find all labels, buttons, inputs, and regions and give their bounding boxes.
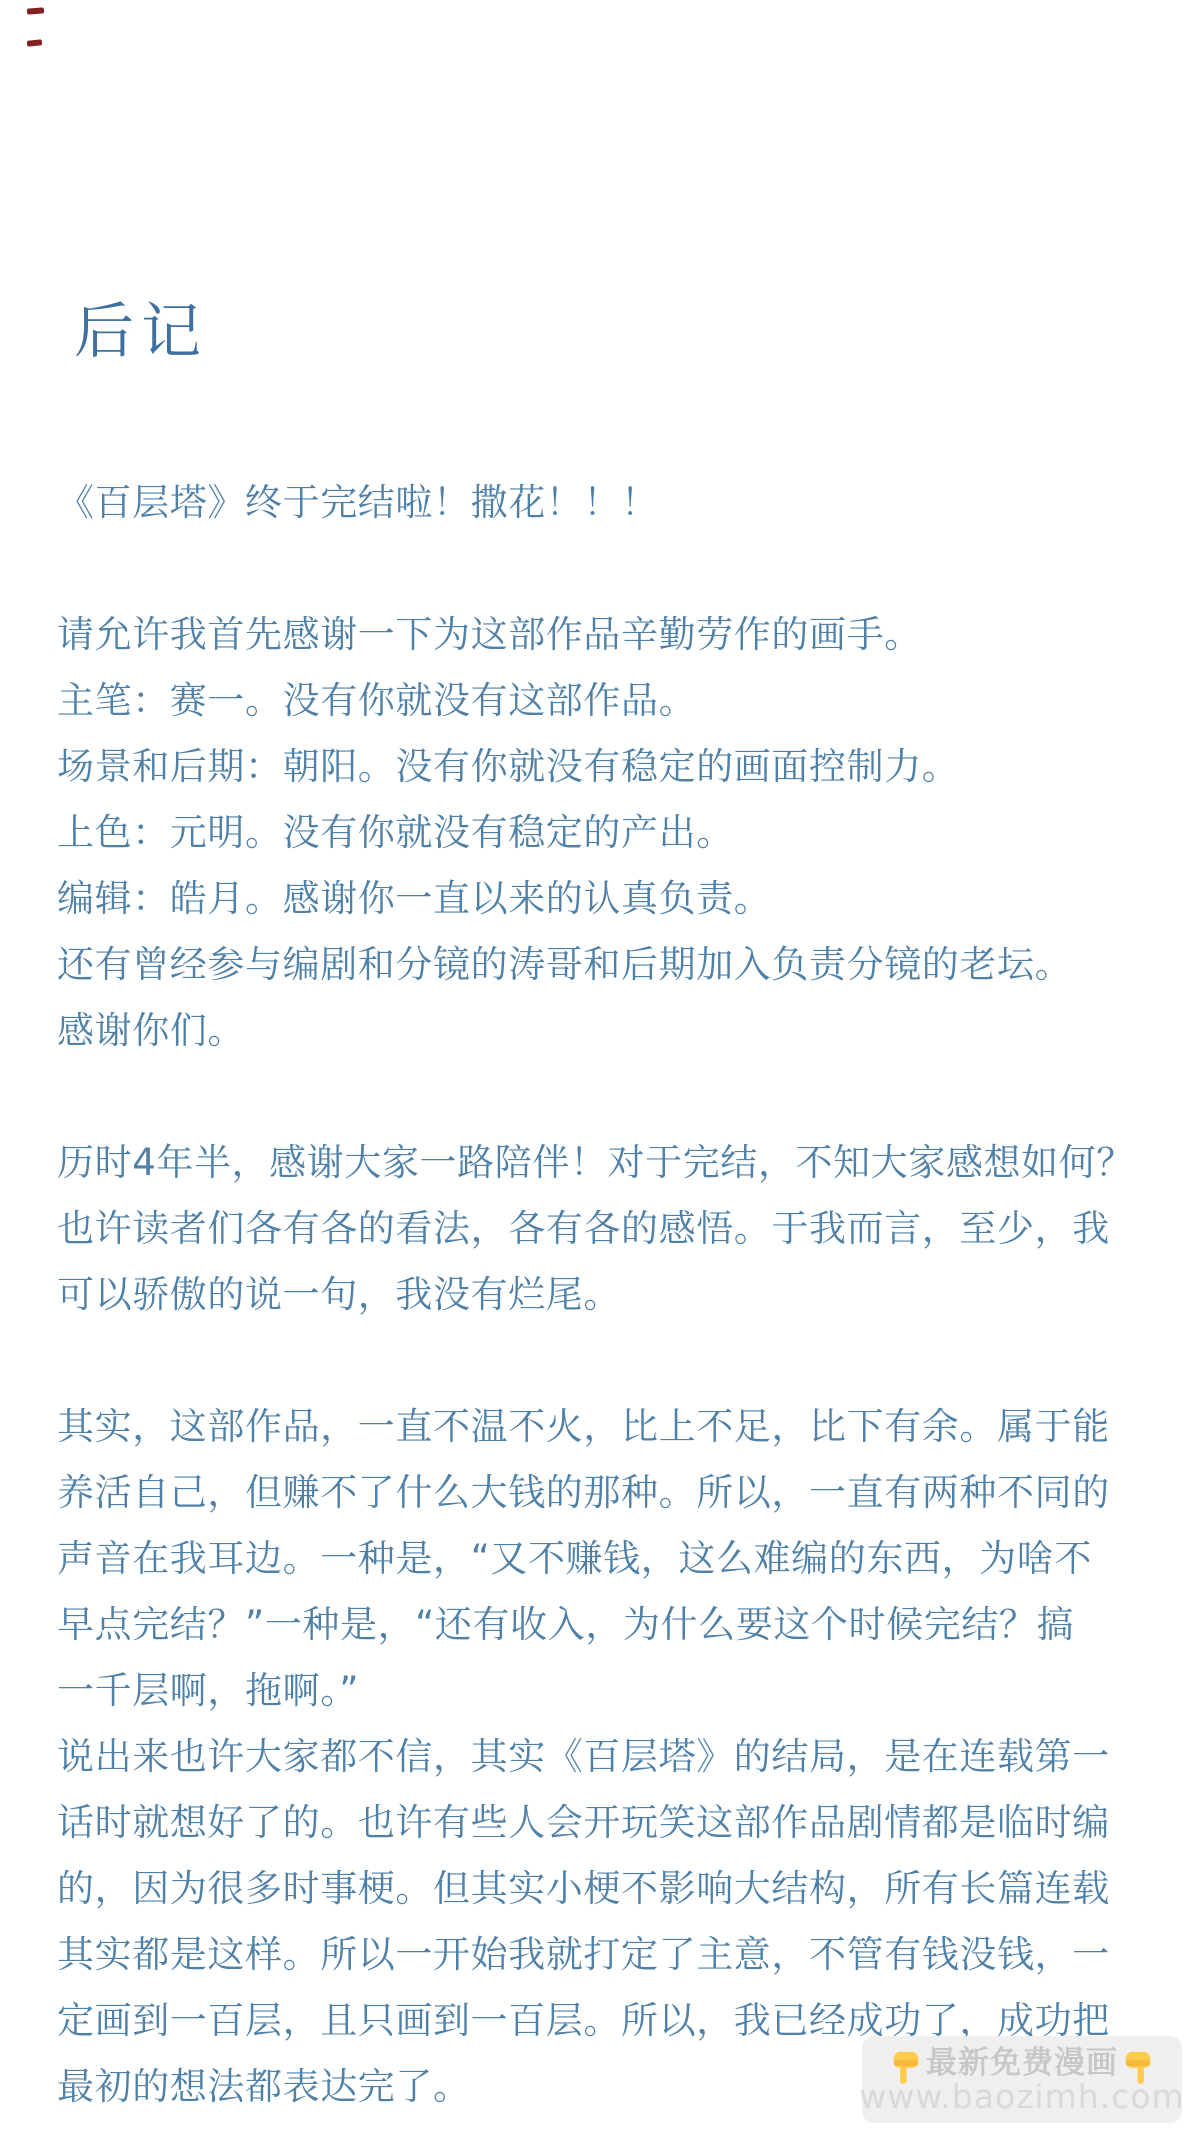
- afterword-text: 《百层塔》终于完结啦！撒花！！！ 请允许我首先感谢一下为这部作品辛勤劳作的画手。…: [57, 470, 1157, 2120]
- paragraph: 请允许我首先感谢一下为这部作品辛勤劳作的画手。 主笔：赛一。没有你就没有这部作品…: [57, 602, 1157, 1064]
- text-line: 其实，这部作品，一直不温不火，比上不足，比下有余。属于能: [57, 1394, 1157, 1460]
- paragraph: 《百层塔》终于完结啦！撒花！！！: [57, 470, 1157, 536]
- text-line: 说出来也许大家都不信，其实《百层塔》的结局，是在连载第一: [57, 1724, 1157, 1790]
- page-title: 后记: [74, 300, 208, 364]
- text-line: 主笔：赛一。没有你就没有这部作品。: [57, 668, 1157, 734]
- text-line: 上色：元明。没有你就没有稳定的产出。: [57, 800, 1157, 866]
- text-line: 其实都是这样。所以一开始我就打定了主意，不管有钱没钱，一: [57, 1922, 1157, 1988]
- text-line: 请允许我首先感谢一下为这部作品辛勤劳作的画手。: [57, 602, 1157, 668]
- text-line: 养活自己，但赚不了什么大钱的那种。所以，一直有两种不同的: [57, 1460, 1157, 1526]
- pointing-down-hand-icon: [889, 2049, 923, 2085]
- watermark-banner[interactable]: 最新免费漫画 www.baozimh.com: [862, 2036, 1182, 2123]
- text-line: 感谢你们。: [57, 998, 1157, 1064]
- text-line: 场景和后期：朝阳。没有你就没有稳定的画面控制力。: [57, 734, 1157, 800]
- text-line: 一千层啊，拖啊。”: [57, 1658, 1157, 1724]
- pointing-down-hand-icon: [1121, 2049, 1155, 2085]
- text-line: 编辑：皓月。感谢你一直以来的认真负责。: [57, 866, 1157, 932]
- red-corner-mark: [27, 7, 44, 14]
- text-line: 还有曾经参与编剧和分镜的涛哥和后期加入负责分镜的老坛。: [57, 932, 1157, 998]
- watermark-text: 最新免费漫画: [926, 2046, 1118, 2080]
- text-line: 的，因为很多时事梗。但其实小梗不影响大结构，所有长篇连载: [57, 1856, 1157, 1922]
- watermark-headline: 最新免费漫画: [889, 2045, 1155, 2081]
- afterword-page: 后记 《百层塔》终于完结啦！撒花！！！ 请允许我首先感谢一下为这部作品辛勤劳作的…: [0, 0, 1200, 2143]
- text-line: 可以骄傲的说一句，我没有烂尾。: [57, 1262, 1157, 1328]
- text-line: 声音在我耳边。一种是，“又不赚钱，这么难编的东西，为啥不: [57, 1526, 1157, 1592]
- red-corner-mark: [27, 39, 43, 47]
- text-line: 话时就想好了的。也许有些人会开玩笑这部作品剧情都是临时编: [57, 1790, 1157, 1856]
- text-line: 《百层塔》终于完结啦！撒花！！！: [57, 470, 1157, 536]
- paragraph: 其实，这部作品，一直不温不火，比上不足，比下有余。属于能 养活自己，但赚不了什么…: [57, 1394, 1157, 1724]
- paragraph: 历时4年半，感谢大家一路陪伴！对于完结，不知大家感想如何？ 也许读者们各有各的看…: [57, 1130, 1157, 1328]
- text-line: 历时4年半，感谢大家一路陪伴！对于完结，不知大家感想如何？: [57, 1130, 1157, 1196]
- text-line: 也许读者们各有各的看法，各有各的感悟。于我而言，至少，我: [57, 1196, 1157, 1262]
- text-line: 早点完结？”一种是，“还有收入，为什么要这个时候完结？搞: [57, 1592, 1157, 1658]
